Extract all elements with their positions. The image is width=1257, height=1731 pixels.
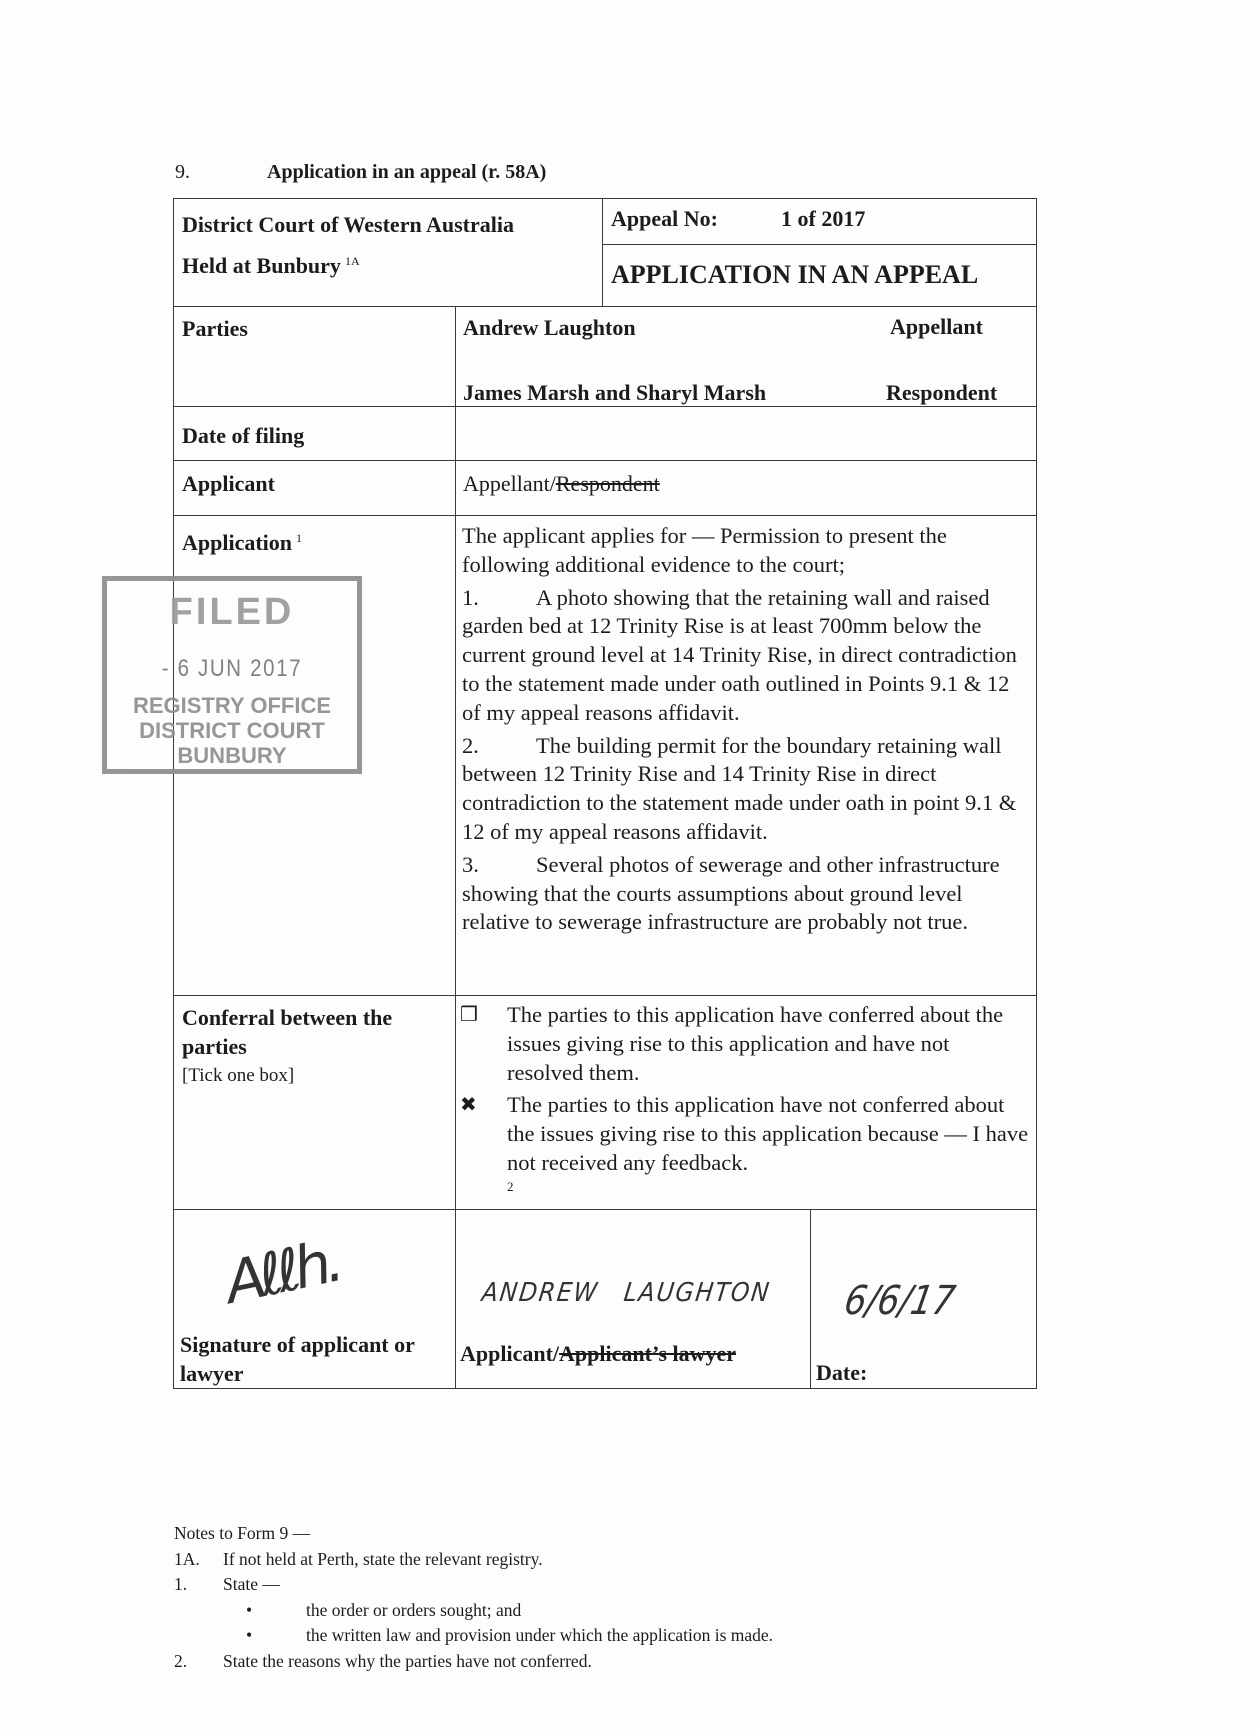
note-item: 2.State the reasons why the parties have… (174, 1649, 773, 1675)
application-intro: The applicant applies for — Permission t… (462, 522, 1032, 580)
note-number: 2. (174, 1649, 223, 1675)
filed-stamp: FILED - 6 JUN 2017 REGISTRY OFFICE DISTR… (102, 576, 362, 774)
appeal-no-value: 1 of 2017 (781, 206, 865, 231)
application-item: 1.A photo showing that the retaining wal… (462, 584, 1032, 728)
divider (173, 460, 1037, 461)
note-item: •the order or orders sought; and (174, 1598, 773, 1624)
note-text: State the reasons why the parties have n… (223, 1651, 592, 1671)
printed-name: ANDREW LAUGHTON (480, 1278, 772, 1308)
doc-title: APPLICATION IN AN APPEAL (611, 260, 978, 289)
divider (173, 515, 1037, 516)
note-text: the written law and provision under whic… (306, 1625, 773, 1645)
held-at-note: 1A (345, 254, 360, 268)
stamp-line-1: REGISTRY OFFICE (107, 693, 357, 719)
note-text: If not held at Perth, state the relevant… (223, 1549, 543, 1569)
note-item: 1.State — (174, 1572, 773, 1598)
application-label: Application1 (182, 524, 302, 557)
applicant-struck: Respondent (556, 471, 660, 496)
bullet-icon: • (174, 1598, 306, 1624)
appeal-no-label: Appeal No: (611, 204, 781, 233)
note-item: •the written law and provision under whi… (174, 1623, 773, 1649)
form-title: Application in an appeal (r. 58A) (267, 161, 546, 183)
divider (173, 1209, 1037, 1210)
form-number: 9. (175, 161, 267, 184)
note-number: 1. (174, 1572, 223, 1598)
applicant-value: Appellant/Respondent (463, 469, 660, 498)
conferral-option-text: The parties to this application have not… (507, 1091, 1030, 1177)
respondent-name: James Marsh and Sharyl Marsh (463, 378, 766, 407)
conferral-note: 2 (507, 1179, 514, 1195)
form-heading: 9.Application in an appeal (r. 58A) (175, 161, 546, 184)
item-number: 3. (462, 851, 536, 880)
application-note: 1 (296, 531, 302, 545)
empty-checkbox-icon[interactable]: ❒ (460, 1001, 500, 1030)
date-handwritten: 6/6/17 (841, 1278, 959, 1324)
applicant-label: Applicant (182, 469, 275, 498)
respondent-role: Respondent (886, 378, 997, 407)
item-text: Several photos of sewerage and other inf… (462, 852, 1000, 935)
application-label-text: Application (182, 530, 292, 555)
divider (602, 198, 603, 307)
item-text: The building permit for the boundary ret… (462, 733, 1016, 844)
application-body: The applicant applies for — Permission t… (462, 522, 1032, 941)
signer-role-struck: Applicant’s lawyer (559, 1341, 736, 1366)
court-name: District Court of Western Australia (182, 210, 514, 239)
notes: Notes to Form 9 — 1A.If not held at Pert… (174, 1521, 773, 1675)
stamp-line-3: BUNBURY (107, 743, 357, 769)
note-text: the order or orders sought; and (306, 1600, 521, 1620)
held-at-text: Held at Bunbury (182, 253, 341, 278)
note-item: 1A.If not held at Perth, state the relev… (174, 1547, 773, 1573)
applicant-selected: Appellant/ (463, 471, 556, 496)
conferral-label: Conferral between the parties (182, 1003, 442, 1061)
cross-mark-icon[interactable]: ✖ (460, 1091, 500, 1120)
date-label: Date: (816, 1358, 867, 1387)
held-at: Held at Bunbury1A (182, 247, 360, 280)
divider (602, 244, 1037, 245)
appellant-name: Andrew Laughton (463, 313, 636, 342)
bullet-icon: • (174, 1623, 306, 1649)
signature-label: Signature of applicant or lawyer (180, 1330, 440, 1388)
appellant-role: Appellant (890, 312, 983, 341)
conferral-option-not-conferred[interactable]: ✖ The parties to this application have n… (460, 1091, 1030, 1177)
conferral-option-text: The parties to this application have con… (507, 1001, 1030, 1087)
stamp-line-2: DISTRICT COURT (107, 718, 357, 744)
parties-label: Parties (182, 314, 248, 343)
stamp-status: FILED (107, 591, 357, 634)
item-number: 2. (462, 732, 536, 761)
signer-role: Applicant/Applicant’s lawyer (460, 1339, 736, 1368)
application-item: 2.The building permit for the boundary r… (462, 732, 1032, 847)
divider (810, 1209, 811, 1389)
note-text: State — (223, 1574, 280, 1594)
stamp-date: - 6 JUN 2017 (126, 655, 339, 683)
divider (173, 995, 1037, 996)
note-number: 1A. (174, 1547, 223, 1573)
application-item: 3.Several photos of sewerage and other i… (462, 851, 1032, 937)
item-text: A photo showing that the retaining wall … (462, 585, 1017, 725)
conferral-instruction: [Tick one box] (182, 1061, 294, 1090)
notes-title: Notes to Form 9 — (174, 1521, 773, 1547)
date-of-filing-label: Date of filing (182, 421, 304, 450)
conferral-option-conferred[interactable]: ❒ The parties to this application have c… (460, 1001, 1030, 1087)
signer-role-selected: Applicant/ (460, 1341, 559, 1366)
appeal-no: Appeal No:1 of 2017 (611, 204, 865, 233)
item-number: 1. (462, 584, 536, 613)
divider (455, 306, 456, 1389)
